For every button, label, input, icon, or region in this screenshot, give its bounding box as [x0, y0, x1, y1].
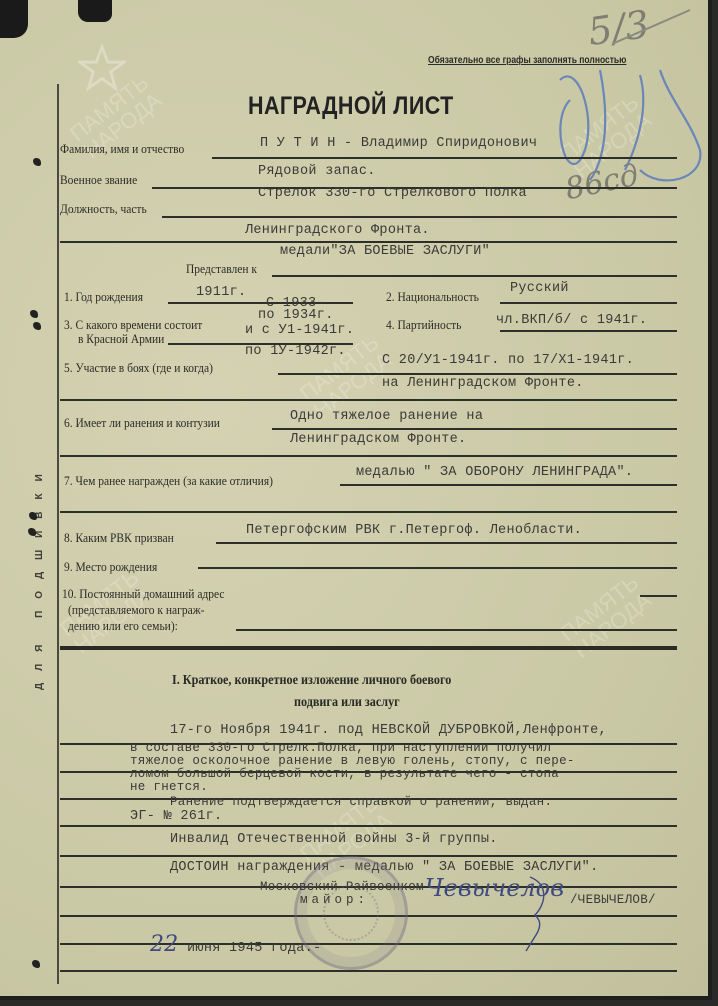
rank-label: Военное звание: [60, 173, 137, 188]
ruled-line: [60, 855, 677, 857]
punch-hole: [32, 960, 40, 968]
field-underline: [216, 542, 677, 544]
field-underline: [272, 428, 677, 430]
field-underline: [168, 302, 353, 304]
field-underline: [60, 241, 677, 243]
binding-margin-line: [57, 84, 59, 984]
army-since-line4: по 1У-1942г.: [245, 344, 346, 359]
narrative-line: ЭГ- № 261г.: [130, 809, 222, 824]
ruled-line: [60, 825, 677, 827]
punch-hole: [28, 528, 36, 536]
wounds-value: Одно тяжелое ранение на: [290, 409, 483, 424]
field-underline: [500, 302, 677, 304]
field-underline: [272, 275, 677, 277]
punch-hole: [29, 512, 37, 520]
pencil-stroke: [612, 8, 692, 48]
document-title: НАГРАДНОЙ ЛИСТ: [248, 92, 454, 121]
field-underline: [60, 511, 677, 513]
binding-margin-label: ДЛЯ ПОДШИВКИ: [34, 462, 45, 690]
punch-hole: [30, 310, 38, 318]
field-underline: [640, 595, 677, 597]
party-label: 4. Партийность: [386, 318, 461, 333]
signatory-rank: майор:: [300, 893, 369, 907]
section-heading-line2: подвига или заслуг: [294, 694, 400, 710]
prior-awards-label: 7. Чем ранее награжден (за какие отличия…: [64, 474, 273, 489]
wounds-label: 6. Имеет ли ранения и контузии: [64, 416, 220, 431]
full-name-label: Фамилия, имя и отчество: [60, 142, 184, 157]
date-rest: июня 1945 года.-: [187, 941, 321, 956]
army-since-line3: и с У1-1941г.: [245, 323, 354, 338]
field-underline: [60, 455, 677, 457]
field-underline: [60, 399, 677, 401]
nominated-for-label: Представлен к: [186, 262, 257, 277]
signature-flourish: [520, 875, 560, 955]
birth-year-label: 1. Год рождения: [64, 290, 143, 305]
watermark-star-icon: [78, 44, 126, 92]
battles-value: С 20/У1-1941г. по 17/Х1-1941г.: [382, 353, 634, 368]
position-label: Должность, часть: [60, 202, 147, 217]
punch-hole: [33, 322, 41, 330]
rank-value: Рядовой запас.: [258, 164, 376, 179]
army-since-label: 3. С какого времени состоит: [64, 318, 202, 333]
field-underline: [162, 216, 677, 218]
award-sheet-page: ПАМЯТЬНАРОДА ПАМЯТЬНАРОДА ПАМЯТЬНАРОДА П…: [0, 0, 712, 1000]
field-underline: [340, 484, 677, 486]
narrative-line: Ранение подтверждается справкой о ранени…: [170, 795, 552, 809]
field-underline: [500, 330, 677, 332]
address-label-line3: дению или его семьи):: [68, 619, 178, 634]
full-name-value: П У Т И Н - Владимир Спиридонович: [260, 136, 537, 151]
signatory-office: Московский Райвоенком: [260, 880, 424, 894]
army-since-label-line2: в Красной Армии: [78, 332, 164, 347]
position-value: Стрелок 330-го Стрелкового Полка: [258, 186, 527, 201]
nationality-value: Русский: [510, 281, 569, 296]
party-value: чл.ВКП/б/ с 1941г.: [496, 313, 647, 328]
prior-awards-value: медалью " ЗА ОБОРОНУ ЛЕНИНГРАДА".: [356, 465, 633, 480]
punch-hole: [33, 158, 41, 166]
address-label: 10. Постоянный домашний адрес: [62, 587, 225, 602]
rvk-value: Петергофским РВК г.Петергоф. Ленобласти.: [246, 523, 582, 538]
section-heading: I. Краткое, конкретное изложение личного…: [172, 672, 451, 688]
narrative-line: не гнется.: [130, 781, 208, 794]
birth-year-value: 1911г.: [196, 285, 246, 300]
torn-corner: [0, 0, 28, 38]
signatory-name: /ЧЕВЫЧЕЛОВ/: [570, 893, 656, 907]
battles-value-line2: на Ленинградском Фронте.: [382, 376, 584, 391]
nominated-for-value: медали"ЗА БОЕВЫЕ ЗАСЛУГИ": [280, 244, 490, 259]
date-line: 22 июня 1945 года.-: [150, 932, 321, 957]
wounds-value-line2: Ленинградском Фронте.: [290, 432, 466, 447]
section-divider: [60, 646, 677, 650]
battles-label: 5. Участие в боях (где и когда): [64, 361, 213, 376]
narrative-line: 17-го Ноября 1941г. под НЕВСКОЙ ДУБРОВКО…: [170, 723, 607, 738]
torn-edge: [78, 0, 112, 22]
narrative-line: Инвалид Отечественной войны 3-й группы.: [170, 832, 498, 847]
field-underline: [212, 157, 677, 159]
birthplace-label: 9. Место рождения: [64, 560, 157, 575]
position-value-line2: Ленинградского Фронта.: [245, 223, 430, 238]
ruled-line: [60, 970, 677, 972]
address-label-line2: (представляемого к награж-: [68, 603, 204, 618]
army-since-line2: по 1934г.: [258, 308, 334, 323]
field-underline: [278, 373, 677, 375]
nationality-label: 2. Национальность: [386, 290, 479, 305]
rvk-label: 8. Каким РВК призван: [64, 531, 174, 546]
date-day-handwritten: 22: [150, 932, 179, 957]
field-underline: [198, 567, 677, 569]
field-underline: [236, 629, 677, 631]
